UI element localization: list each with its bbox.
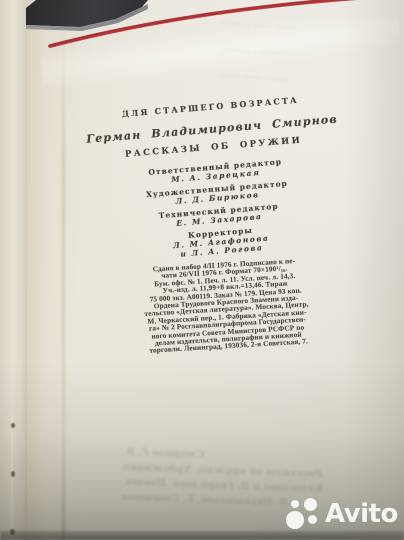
- binding-thread: [11, 415, 13, 540]
- ghost-line: Камилова и В. Гаврилова. Цветн.: [122, 477, 404, 498]
- avito-logo-icon: [286, 498, 322, 531]
- gutter-shadow: [27, 0, 79, 540]
- gutter-crease-line: [62, 20, 65, 540]
- page-block-edges: [0, 0, 27, 540]
- stitch-hole: [11, 423, 15, 428]
- stitch-hole: [11, 471, 15, 477]
- imprint-paragraph: Сдано в набор 4/II 1976 г. Подписано к п…: [111, 255, 342, 357]
- ghost-line: Рассказы об оружии. Художники: [122, 462, 404, 483]
- avito-watermark: Avito: [286, 498, 398, 531]
- stitch-hole: [10, 529, 15, 535]
- colophon-text-block: ДЛЯ СТАРШЕГО ВОЗРАСТА Герман Владимирови…: [70, 91, 369, 363]
- book-photo: ······· ······ · ······· · ········· · ·…: [0, 0, 404, 540]
- showthrough-ghost-text-bottom: Смирнов Г. В. Рассказы об оружии. Художн…: [121, 447, 404, 517]
- ghost-line: ········ ······ ·······: [218, 71, 404, 94]
- red-page-top-edge: [0, 0, 404, 70]
- avito-wordmark: Avito: [325, 498, 398, 531]
- ghost-line: Смирнов Г. В.: [123, 447, 404, 468]
- ghost-line: В. Неунывахов, Е. Советова: [121, 492, 404, 513]
